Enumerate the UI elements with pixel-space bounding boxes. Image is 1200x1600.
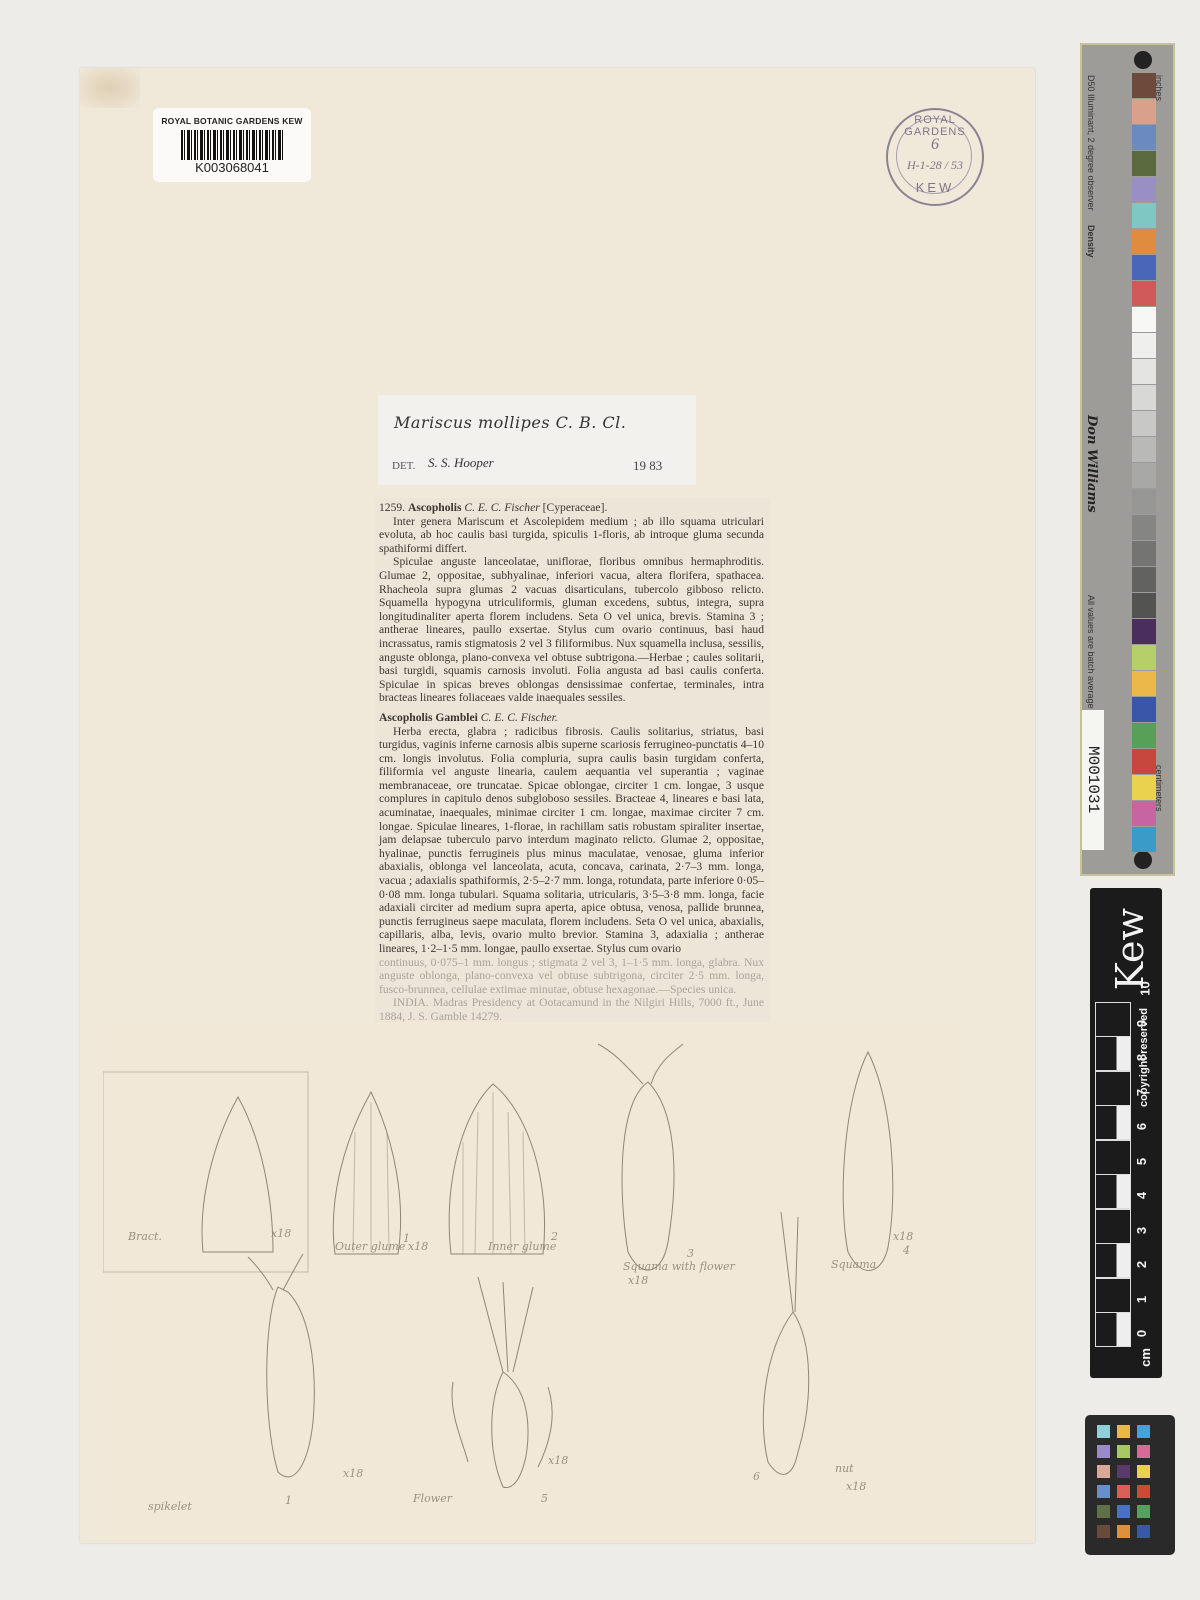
label-squama-flower-mag: x18 (628, 1274, 648, 1287)
color-patch (1132, 827, 1156, 852)
ruler-segment (1095, 1105, 1131, 1140)
label-nut-mag: x18 (846, 1480, 866, 1493)
label-bract: Bract. (128, 1230, 162, 1243)
ruler-tick-label: 0 (1134, 1330, 1149, 1337)
color-patch (1132, 125, 1156, 150)
kew-accession-stamp: ROYAL GARDENS 6 H-1-28 / 53 KEW (886, 108, 984, 206)
color-patch (1132, 541, 1156, 566)
scale-hole-top (1134, 51, 1152, 69)
color-patch (1132, 177, 1156, 202)
color-chip (1137, 1465, 1150, 1478)
label-flower-num: 5 (541, 1492, 548, 1505)
species-author: C. E. C. Fischer. (481, 711, 558, 724)
scale-values-note: All values are batch average (1086, 595, 1096, 709)
ruler-segment (1095, 1002, 1131, 1037)
locality: INDIA. Madras Presidency at Ootacamund i… (379, 996, 764, 1023)
botanical-drawings (103, 1022, 958, 1542)
color-patch (1132, 697, 1156, 722)
color-patch (1132, 385, 1156, 410)
color-chip (1097, 1505, 1110, 1518)
ruler-segment (1095, 1174, 1131, 1209)
ruler-tick-label: 3 (1134, 1226, 1149, 1233)
color-chip (1097, 1525, 1110, 1538)
ruler-tick-label: 7 (1134, 1088, 1149, 1095)
label-spikelet: spikelet (148, 1500, 192, 1513)
ruler-segment (1095, 1312, 1131, 1347)
ruler-tick-label: 10 (1138, 981, 1153, 995)
color-patch (1132, 359, 1156, 384)
genus-name: Ascopholis (408, 501, 461, 514)
color-patch (1132, 749, 1156, 774)
kew-scale-ruler: Kew copyright reserved 012345678910 cm (1090, 888, 1162, 1378)
color-patch (1132, 437, 1156, 462)
color-patch (1132, 307, 1156, 332)
species-description-faded: continuus, 0·075–1 mm. longus ; stigmata… (379, 956, 764, 997)
ruler-segment (1095, 1243, 1131, 1278)
color-patch (1132, 99, 1156, 124)
ruler-segment (1095, 1071, 1131, 1106)
ruler-segment (1095, 1209, 1131, 1244)
scale-hole-bottom (1134, 851, 1152, 869)
label-squama-num: 4 (903, 1244, 910, 1257)
label-squama-mag: x18 (893, 1230, 913, 1243)
ruler-tick-label: 2 (1134, 1261, 1149, 1268)
stamp-number: 6 (888, 136, 982, 154)
label-spikelet-mag: x18 (343, 1467, 363, 1480)
color-patch (1132, 255, 1156, 280)
color-patch (1132, 801, 1156, 826)
color-patch (1132, 619, 1156, 644)
stamp-date: H-1-28 / 53 (888, 158, 982, 173)
label-squama-flower: Squama with flower (623, 1260, 735, 1273)
color-patch (1132, 671, 1156, 696)
institution-name: ROYAL BOTANIC GARDENS KEW (153, 116, 311, 126)
ruler-tick-label: 5 (1134, 1157, 1149, 1164)
color-chip (1137, 1505, 1150, 1518)
color-patch (1132, 489, 1156, 514)
color-chip (1097, 1465, 1110, 1478)
ruler-segment (1095, 1036, 1131, 1071)
label-nut: nut (835, 1462, 854, 1475)
color-chip (1097, 1425, 1110, 1438)
color-chip (1137, 1445, 1150, 1458)
color-patch (1132, 515, 1156, 540)
genus-number: 1259. (379, 501, 405, 514)
color-patch (1132, 229, 1156, 254)
family-name: [Cyperaceae]. (543, 501, 608, 514)
kew-logo: Kew (1108, 908, 1152, 990)
color-patch (1132, 723, 1156, 748)
determination-slip: Mariscus mollipes C. B. Cl. DET. S. S. H… (378, 395, 696, 485)
description-text: 1259. Ascopholis C. E. C. Fischer [Cyper… (379, 501, 764, 1024)
species-description: Herba erecta, glabra ; radicibus fibrosi… (379, 725, 764, 956)
color-checker-card (1085, 1415, 1175, 1555)
label-outer-glume-mag: x18 (408, 1240, 428, 1253)
ruler-unit: cm (1138, 1348, 1153, 1367)
color-chip (1137, 1485, 1150, 1498)
taxon-name: Mariscus mollipes C. B. Cl. (394, 413, 626, 432)
label-squama-flower-num: 3 (687, 1247, 694, 1260)
color-patch (1132, 567, 1156, 592)
det-label: DET. (392, 460, 415, 472)
ruler-tick-label: 9 (1134, 1019, 1149, 1026)
color-chip (1097, 1485, 1110, 1498)
color-chip (1137, 1525, 1150, 1538)
scale-density-label: Density (1086, 225, 1096, 258)
color-chip (1117, 1525, 1130, 1538)
stamp-top-text: ROYAL GARDENS (888, 114, 982, 138)
color-chip (1117, 1505, 1130, 1518)
color-patch (1132, 593, 1156, 618)
label-flower-mag: x18 (548, 1454, 568, 1467)
color-patch (1132, 463, 1156, 488)
barcode-label: ROYAL BOTANIC GARDENS KEW K003068041 (153, 108, 311, 182)
stamp-bottom-text: KEW (888, 180, 982, 195)
label-flower: Flower (413, 1492, 452, 1505)
scale-brand: Don Williams (1084, 415, 1099, 513)
label-inner-glume: Inner glume (488, 1240, 556, 1253)
label-spikelet-num: 1 (285, 1494, 292, 1507)
color-chip (1137, 1425, 1150, 1438)
label-nut-num: 6 (753, 1470, 760, 1483)
sheet-stain (80, 68, 140, 108)
color-patch (1132, 645, 1156, 670)
scale-illuminant-note: D50 Illuminant, 2 degree observer (1086, 75, 1096, 211)
barcode-number: K003068041 (153, 160, 311, 175)
ruler-segment (1095, 1140, 1131, 1175)
color-patch (1132, 203, 1156, 228)
ruler-tick-label: 1 (1134, 1295, 1149, 1302)
color-chip (1097, 1445, 1110, 1458)
color-patch (1132, 281, 1156, 306)
label-squama: Squama (831, 1258, 876, 1271)
barcode-icon (181, 130, 283, 160)
genus-author: C. E. C. Fischer (464, 501, 539, 514)
drawing-sheet: Bract. x18 1 Outer glume x18 2 Inner glu… (103, 1022, 958, 1542)
color-patch (1132, 411, 1156, 436)
species-name: Ascopholis Gamblei (379, 711, 478, 724)
determiner-name: S. S. Hooper (428, 455, 494, 471)
color-chip (1117, 1485, 1130, 1498)
color-chip (1117, 1445, 1130, 1458)
color-patch (1132, 151, 1156, 176)
color-patch (1132, 775, 1156, 800)
color-patch (1132, 73, 1156, 98)
scale-id: M001031 (1082, 710, 1104, 850)
genus-description: Spiculae anguste lanceolatae, uniflorae,… (379, 555, 764, 705)
color-patch (1132, 333, 1156, 358)
label-outer-glume: Outer glume (335, 1240, 405, 1253)
color-chip (1117, 1465, 1130, 1478)
label-bract-mag: x18 (271, 1227, 291, 1240)
determination-year: 19 83 (633, 458, 662, 474)
genus-diagnosis: Inter genera Mariscum et Ascolepidem med… (379, 515, 764, 556)
color-chip (1117, 1425, 1130, 1438)
ruler-tick-label: 4 (1134, 1192, 1149, 1199)
ruler-segment (1095, 1278, 1131, 1313)
ruler-tick-label: 6 (1134, 1123, 1149, 1130)
ruler-tick-label: 8 (1134, 1054, 1149, 1061)
